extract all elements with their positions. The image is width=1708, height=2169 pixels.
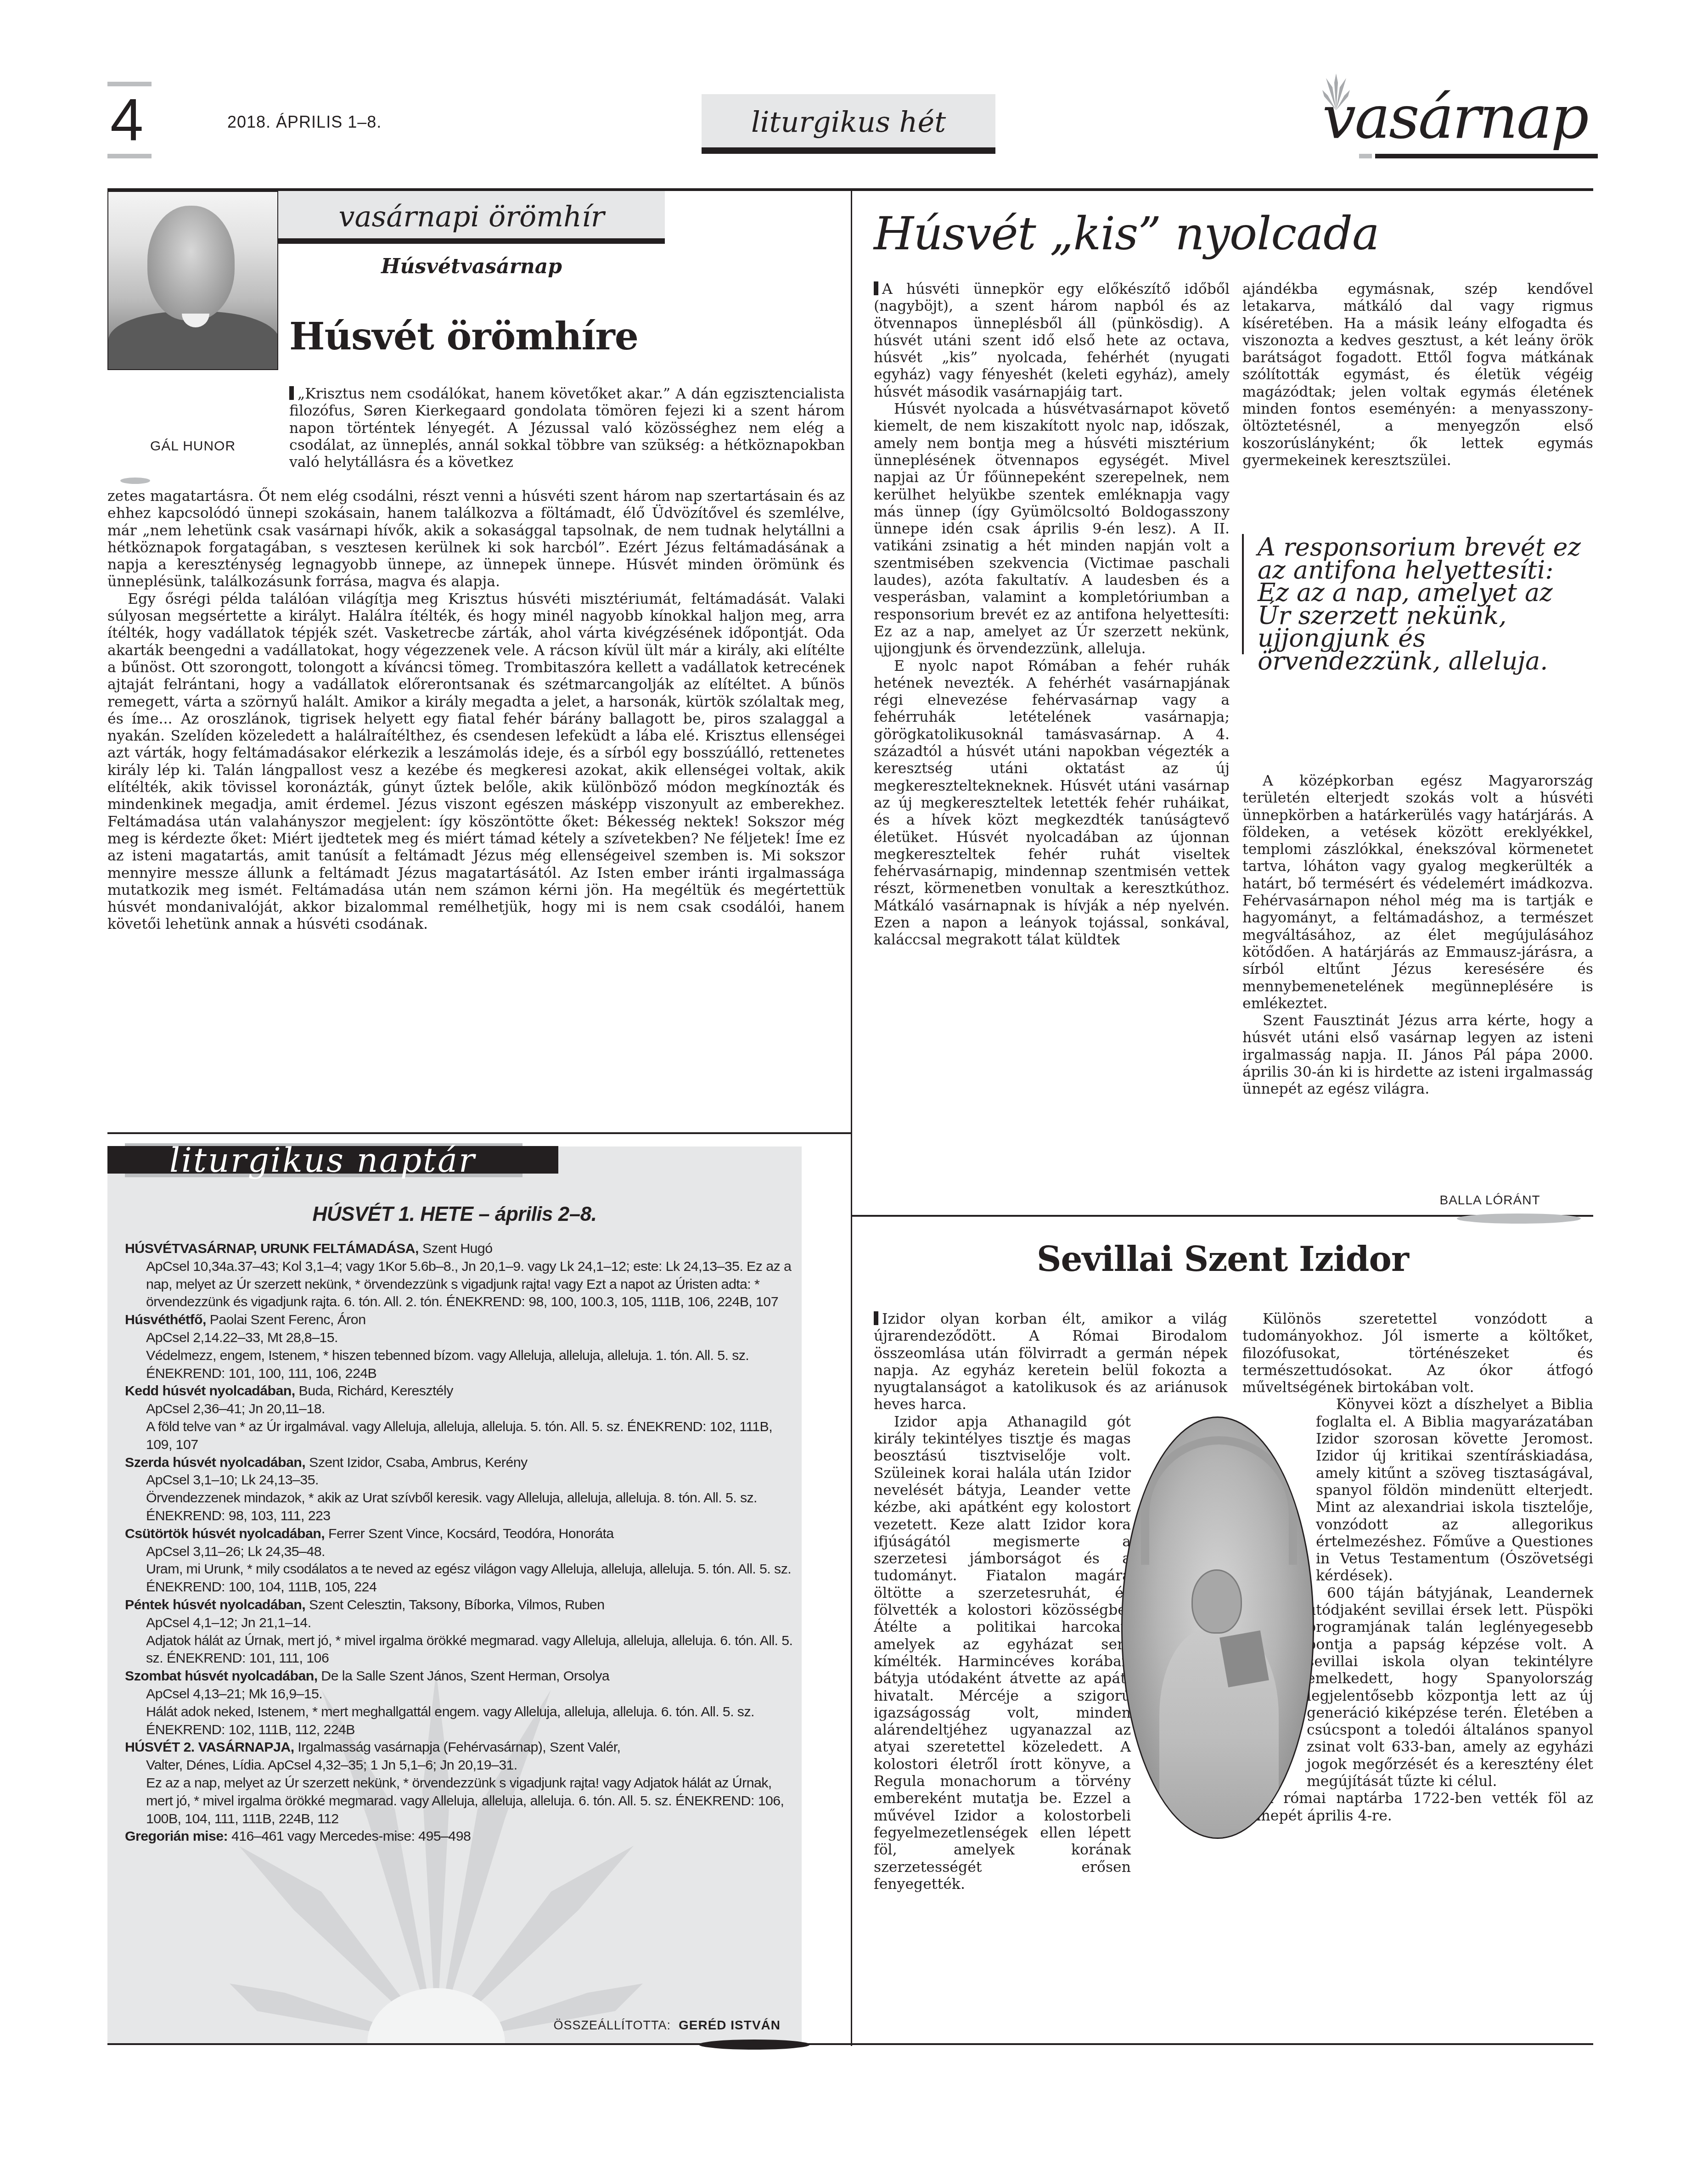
octave-column-1: A húsvéti ünnepkör egy előkészítő időből… [874,281,1230,949]
section-label: liturgikus hét [702,94,995,154]
day-heading: Csütörtök húsvét nyolcadában, Ferrer Sze… [125,1525,800,1543]
page-number-rule-bottom [107,154,152,158]
byline-ornament [120,478,150,484]
paragraph: Egy ősrégi példa találóan világítja meg … [107,591,845,933]
day-saints: Buda, Richárd, Keresztély [298,1383,453,1399]
paragraph: Különös szeretettel vonzódott a tudomány… [1242,1311,1593,1396]
column-kicker-text: vasárnapi örömhír [278,191,665,238]
day-psalm: A föld telve van * az Úr irgalmával. vag… [125,1418,800,1454]
day-psalm: Örvendezzenek mindazok, * akik az Urat s… [125,1489,800,1525]
calendar-day: HÚSVÉTVASÁRNAP, URUNK FELTÁMADÁSA, Szent… [125,1240,800,1311]
masthead-rule-accent [1359,154,1372,158]
credit-name: GERÉD ISTVÁN [679,2018,781,2032]
byline-left: GÁL HUNOR [107,438,278,454]
day-readings: ApCsel 4,13–21; Mk 16,9–15. [125,1685,800,1703]
day-psalm: Adjatok hálát az Úrnak, mert jó, * mivel… [125,1632,800,1668]
day-readings: ApCsel 4,1–12; Jn 21,1–14. [125,1614,800,1632]
pull-quote: A responsorium brevét ez az antifona hel… [1242,534,1591,654]
paragraph: Izidor olyan korban élt, amikor a világ … [874,1311,1227,1413]
paragraph: zetes magatartásra. Őt nem elég csodálni… [107,488,845,591]
statue-head [1191,1569,1242,1634]
day-saints: Szent Izidor, Csaba, Ambrus, Kerény [309,1455,528,1470]
octave-column-2-continued: A középkorban egész Magyarország terület… [1242,773,1593,1098]
day-psalm: Ez az a nap, melyet az Úr szerzett nekün… [125,1774,800,1827]
author-portrait [107,191,278,370]
paragraph: Szent Fausztinát Jézus arra kérte, hogy … [1242,1012,1593,1098]
calendar-day: Szerda húsvét nyolcadában, Szent Izidor,… [125,1454,800,1525]
day-heading: HÚSVÉT 2. VASÁRNAPJA, Irgalmasság vasárn… [125,1738,800,1756]
byline-right: BALLA LÓRÁNT [1407,1193,1573,1208]
day-readings: ApCsel 3,11–26; Lk 24,35–48. [125,1543,800,1561]
day-saints: Ferrer Szent Vince, Kocsárd, Teodóra, Ho… [328,1526,614,1541]
paragraph: E nyolc napot Rómában a fehér ruhák heté… [874,658,1230,949]
day-psalm: Hálát adok neked, Istenem, * mert meghal… [125,1703,800,1739]
day-saints: De la Salle Szent János, Szent Herman, O… [321,1668,609,1684]
calendar-day: Szombat húsvét nyolcadában, De la Salle … [125,1667,800,1738]
calendar-day: Kedd húsvét nyolcadában, Buda, Richárd, … [125,1382,800,1453]
day-heading: Szerda húsvét nyolcadában, Szent Izidor,… [125,1454,800,1472]
article-headline-left: Húsvét örömhíre [289,315,638,359]
article-body-left-intro: „Krisztus nem csodálókat, hanem követőke… [289,386,845,471]
statue-book [1219,1630,1269,1687]
column-divider [851,191,852,2046]
calendar-week: HÚSVÉT 1. HETE – április 2–8. [107,1203,802,1226]
day-name: Kedd húsvét nyolcadában, [125,1383,295,1399]
byline-ornament [1457,1214,1581,1224]
calendar-day: Péntek húsvét nyolcadában, Szent Celeszt… [125,1596,800,1667]
issue-date: 2018. ÁPRILIS 1–8. [227,112,382,132]
day-readings: ApCsel 2,36–41; Jn 20,11–18. [125,1400,800,1418]
gregorian-text: 416–461 vagy Mercedes-mise: 495–498 [231,1828,471,1844]
calendar-credit: ÖSSZEÁLLÍTOTTA: GERÉD ISTVÁN [459,2018,781,2033]
paragraph: ajándékba egymásnak, szép kendővel letak… [1242,281,1593,469]
gothic-arch [1141,1436,1297,1565]
day-readings: ApCsel 10,34a.37–43; Kol 3,1–4; vagy 1Ko… [125,1258,800,1311]
gregorian-mass: Gregorián mise: 416–461 vagy Mercedes-mi… [125,1827,800,1845]
credit-ornament [699,2040,810,2050]
day-name: Szerda húsvét nyolcadában, [125,1455,305,1470]
section-divider-left [107,1132,851,1134]
calendar-day: HÚSVÉT 2. VASÁRNAPJA, Irgalmasság vasárn… [125,1738,800,1827]
day-heading: Szombat húsvét nyolcadában, De la Salle … [125,1667,800,1685]
page-bottom-rule [107,2043,1593,2045]
section-label-text: liturgikus hét [702,94,995,147]
saint-statue-image [1121,1416,1314,1839]
portrait-head [147,206,235,320]
calendar-title: liturgikus naptár [107,1146,558,1174]
day-readings: ApCsel 3,1–10; Lk 24,13–35. [125,1471,800,1489]
paragraph: Húsvét nyolcada a húsvétvasárnapot követ… [874,401,1230,657]
calendar-day: Csütörtök húsvét nyolcadában, Ferrer Sze… [125,1525,800,1596]
credit-label: ÖSSZEÁLLÍTOTTA: [553,2018,671,2032]
subkicker: Húsvétvasárnap [278,255,665,278]
lead-marker-icon [874,281,878,295]
article-headline-octave: Húsvét „kis” nyolcada [874,207,1379,260]
day-name: Szombat húsvét nyolcadában, [125,1668,318,1684]
day-saints: Irgalmasság vasárnapja (Fehérvasárnap), … [298,1739,620,1755]
octave-column-2: ajándékba egymásnak, szép kendővel letak… [1242,281,1593,469]
day-name: HÚSVÉTVASÁRNAP, URUNK FELTÁMADÁSA, [125,1241,419,1256]
day-name: Húsvéthétfő, [125,1312,206,1327]
paragraph: A római naptárba 1722-ben vették föl az … [1242,1790,1593,1825]
day-readings: Valter, Dénes, Lídia. ApCsel 4,32–35; 1 … [125,1756,800,1774]
paragraph: „Krisztus nem csodálókat, hanem követőke… [289,386,845,471]
gregorian-label: Gregorián mise: [125,1828,228,1844]
paragraph: A középkorban egész Magyarország terület… [1242,773,1593,1012]
masthead-rule [1375,154,1598,158]
day-name: Csütörtök húsvét nyolcadában, [125,1526,325,1541]
lead-marker-icon [874,1311,878,1325]
day-saints: Paolai Szent Ferenc, Áron [210,1312,366,1327]
paragraph: Izidor apja Athanagild gót király tekint… [874,1414,1131,1893]
day-saints: Szent Hugó [422,1241,493,1256]
paragraph: A húsvéti ünnepkör egy előkészítő időből… [874,281,1230,400]
page-number: 4 [110,87,143,152]
masthead-logo: vasárnap [1322,73,1598,158]
day-heading: Húsvéthétfő, Paolai Szent Ferenc, Áron [125,1311,800,1329]
day-saints: Szent Celesztin, Taksony, Bíborka, Vilmo… [309,1597,605,1613]
day-psalm: Uram, mi Urunk, * mily csodálatos a te n… [125,1560,800,1596]
article-headline-izidor: Sevillai Szent Izidor [852,1240,1593,1279]
column-kicker: vasárnapi örömhír [278,191,665,244]
masthead-title: vasárnap [1322,87,1588,147]
day-heading: HÚSVÉTVASÁRNAP, URUNK FELTÁMADÁSA, Szent… [125,1240,800,1258]
calendar-day: Húsvéthétfő, Paolai Szent Ferenc, Áron A… [125,1311,800,1382]
day-name: HÚSVÉT 2. VASÁRNAPJA, [125,1739,294,1755]
article-body-left: zetes magatartásra. Őt nem elég csodálni… [107,488,845,933]
day-heading: Kedd húsvét nyolcadában, Buda, Richárd, … [125,1382,800,1400]
calendar-title-text: liturgikus naptár [169,1144,476,1177]
day-psalm: Védelmezz, engem, Istenem, * hiszen tebe… [125,1347,800,1382]
day-readings: ApCsel 2,14.22–33, Mt 28,8–15. [125,1329,800,1347]
lead-marker-icon [289,386,294,400]
day-name: Péntek húsvét nyolcadában, [125,1597,305,1613]
calendar-list: HÚSVÉTVASÁRNAP, URUNK FELTÁMADÁSA, Szent… [125,1240,800,1845]
day-heading: Péntek húsvét nyolcadában, Szent Celeszt… [125,1596,800,1614]
